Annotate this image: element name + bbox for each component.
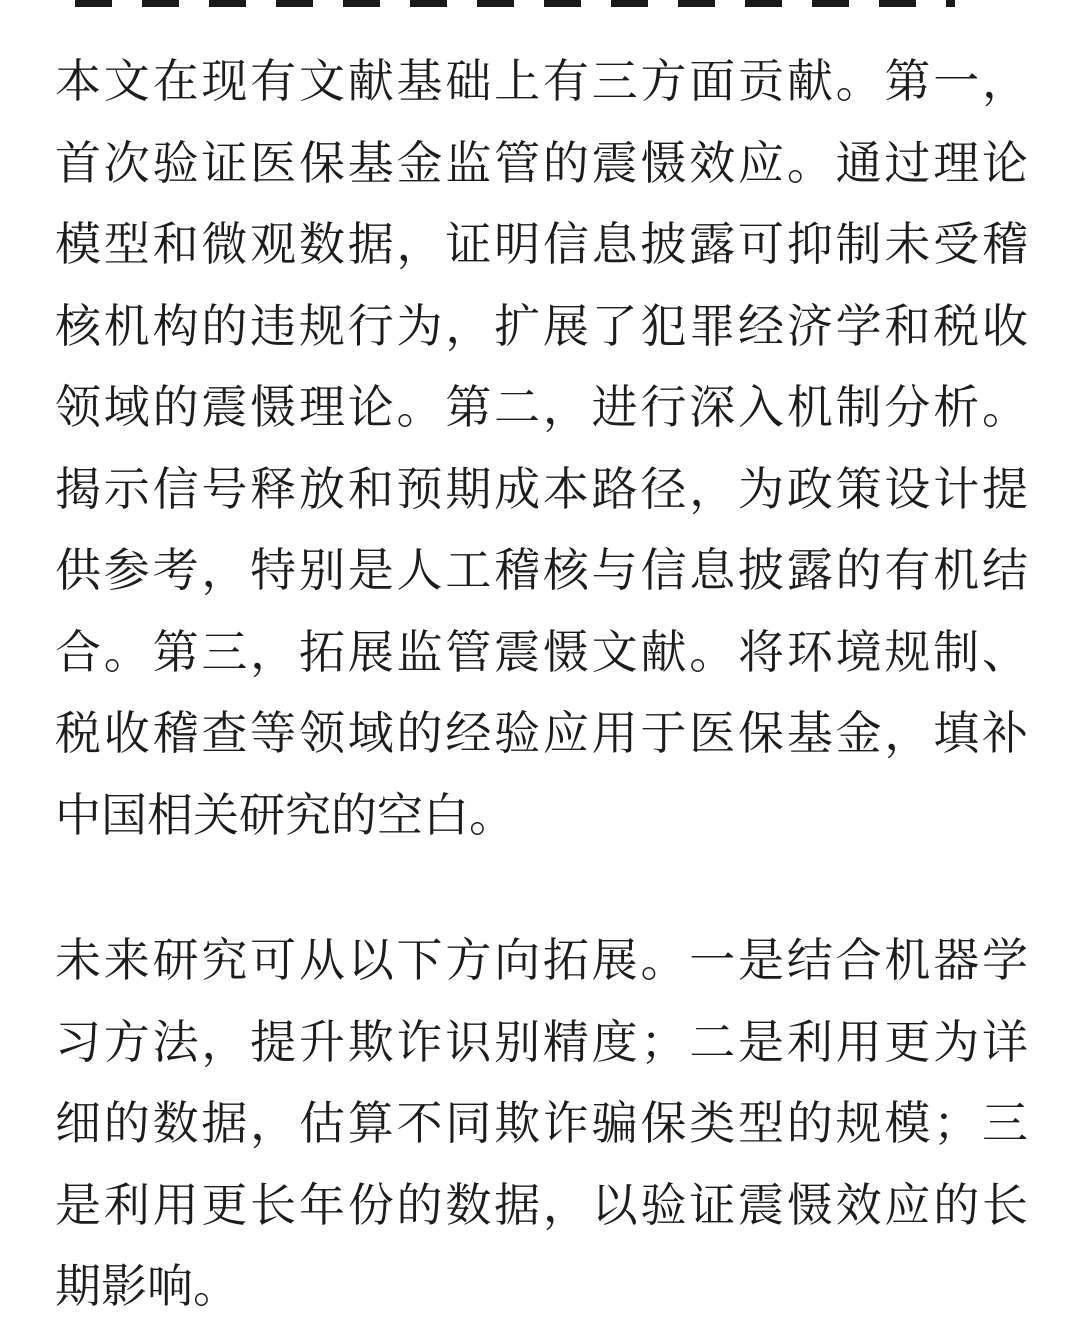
text-line: 中国相关研究的空白。 [55,775,1028,857]
text-line: 未来研究可从以下方向拓展。一是结合机器学 [55,920,1028,1002]
text-line: 期影响。 [55,1246,1028,1328]
text-line: 是利用更长年份的数据，以验证震慑效应的长 [55,1165,1028,1247]
text-line: 供参考，特别是人工稽核与信息披露的有机结 [55,530,1028,612]
paragraph-contributions: 本文在现有文献基础上有三方面贡献。第一， 首次验证医保基金监管的震慑效应。通过理… [55,41,1028,856]
text-line: 揭示信号释放和预期成本路径，为政策设计提 [55,449,1028,531]
text-line: 领域的震慑理论。第二，进行深入机制分析。 [55,367,1028,449]
text-line: 合。第三，拓展监管震慑文献。将环境规制、 [55,612,1028,694]
text-line: 习方法，提升欺诈识别精度；二是利用更为详 [55,1002,1028,1084]
text-line: 细的数据，估算不同欺诈骗保类型的规模；三 [55,1083,1028,1165]
text-line: 核机构的违规行为，扩展了犯罪经济学和税收 [55,286,1028,368]
document-page: 本文在现有文献基础上有三方面贡献。第一， 首次验证医保基金监管的震慑效应。通过理… [0,0,1080,1336]
text-content: 本文在现有文献基础上有三方面贡献。第一， 首次验证医保基金监管的震慑效应。通过理… [55,41,1028,1328]
text-line: 模型和微观数据，证明信息披露可抑制未受稽 [55,204,1028,286]
text-line: 首次验证医保基金监管的震慑效应。通过理论 [55,123,1028,205]
text-line: 税收稽查等领域的经验应用于医保基金，填补 [55,693,1028,775]
paragraph-future-research: 未来研究可从以下方向拓展。一是结合机器学 习方法，提升欺诈识别精度；二是利用更为… [55,920,1028,1328]
text-line: 本文在现有文献基础上有三方面贡献。第一， [55,41,1028,123]
clipped-line-fragments [75,0,955,7]
